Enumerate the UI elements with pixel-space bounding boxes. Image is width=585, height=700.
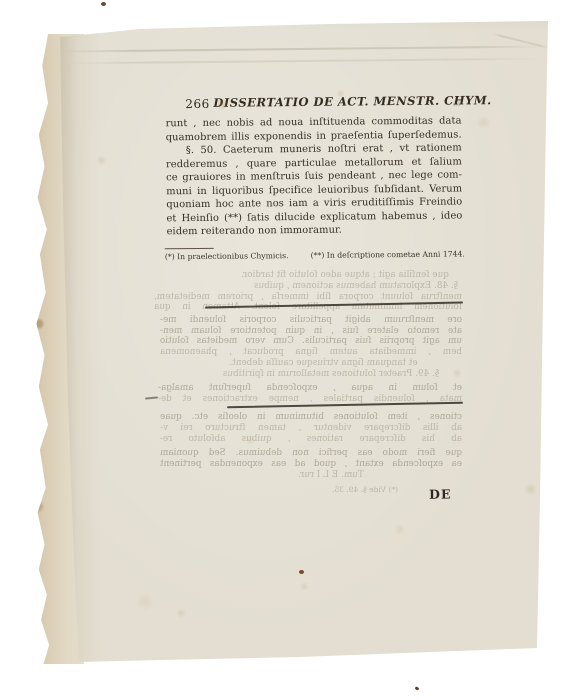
footnote-separator (165, 248, 214, 250)
fox-spot (176, 608, 186, 618)
paper-speck (101, 2, 106, 6)
footnote: (*) In praelectionibus Chymicis. (**) In… (165, 249, 465, 261)
paper-speck (299, 570, 304, 574)
footnote-first: (*) In praelectionibus Chymicis. (165, 251, 289, 261)
fox-spot (476, 116, 491, 129)
body-line: eidem reiterando non immoramur. (167, 222, 463, 238)
printed-text-block: 266 DISSERTATIO DE ACT. MENSTR. CHYM. ru… (0, 0, 585, 700)
catchword: DE (429, 487, 452, 502)
photograph-of-antique-page: ix que ſenſilia agit ; atque adeo ſoluti… (0, 0, 585, 700)
running-title: DISSERTATIO DE ACT. MENSTR. CHYM. (213, 93, 491, 110)
footnote-second: (**) In deſcriptione cometae Anni 1744. (311, 249, 465, 259)
fox-spot (217, 99, 228, 110)
fox-spot (336, 89, 345, 98)
page-number: 266 (185, 97, 210, 111)
fox-spot (96, 155, 107, 166)
book-page: ix que ſenſilia agit ; atque adeo ſoluti… (0, 0, 585, 700)
fox-spot (135, 594, 155, 610)
fox-spot (452, 368, 462, 378)
fox-spot (246, 436, 255, 445)
fox-spot (524, 483, 537, 496)
fox-spot (394, 524, 405, 535)
fox-spot (300, 582, 309, 591)
paper-speck (415, 686, 420, 691)
